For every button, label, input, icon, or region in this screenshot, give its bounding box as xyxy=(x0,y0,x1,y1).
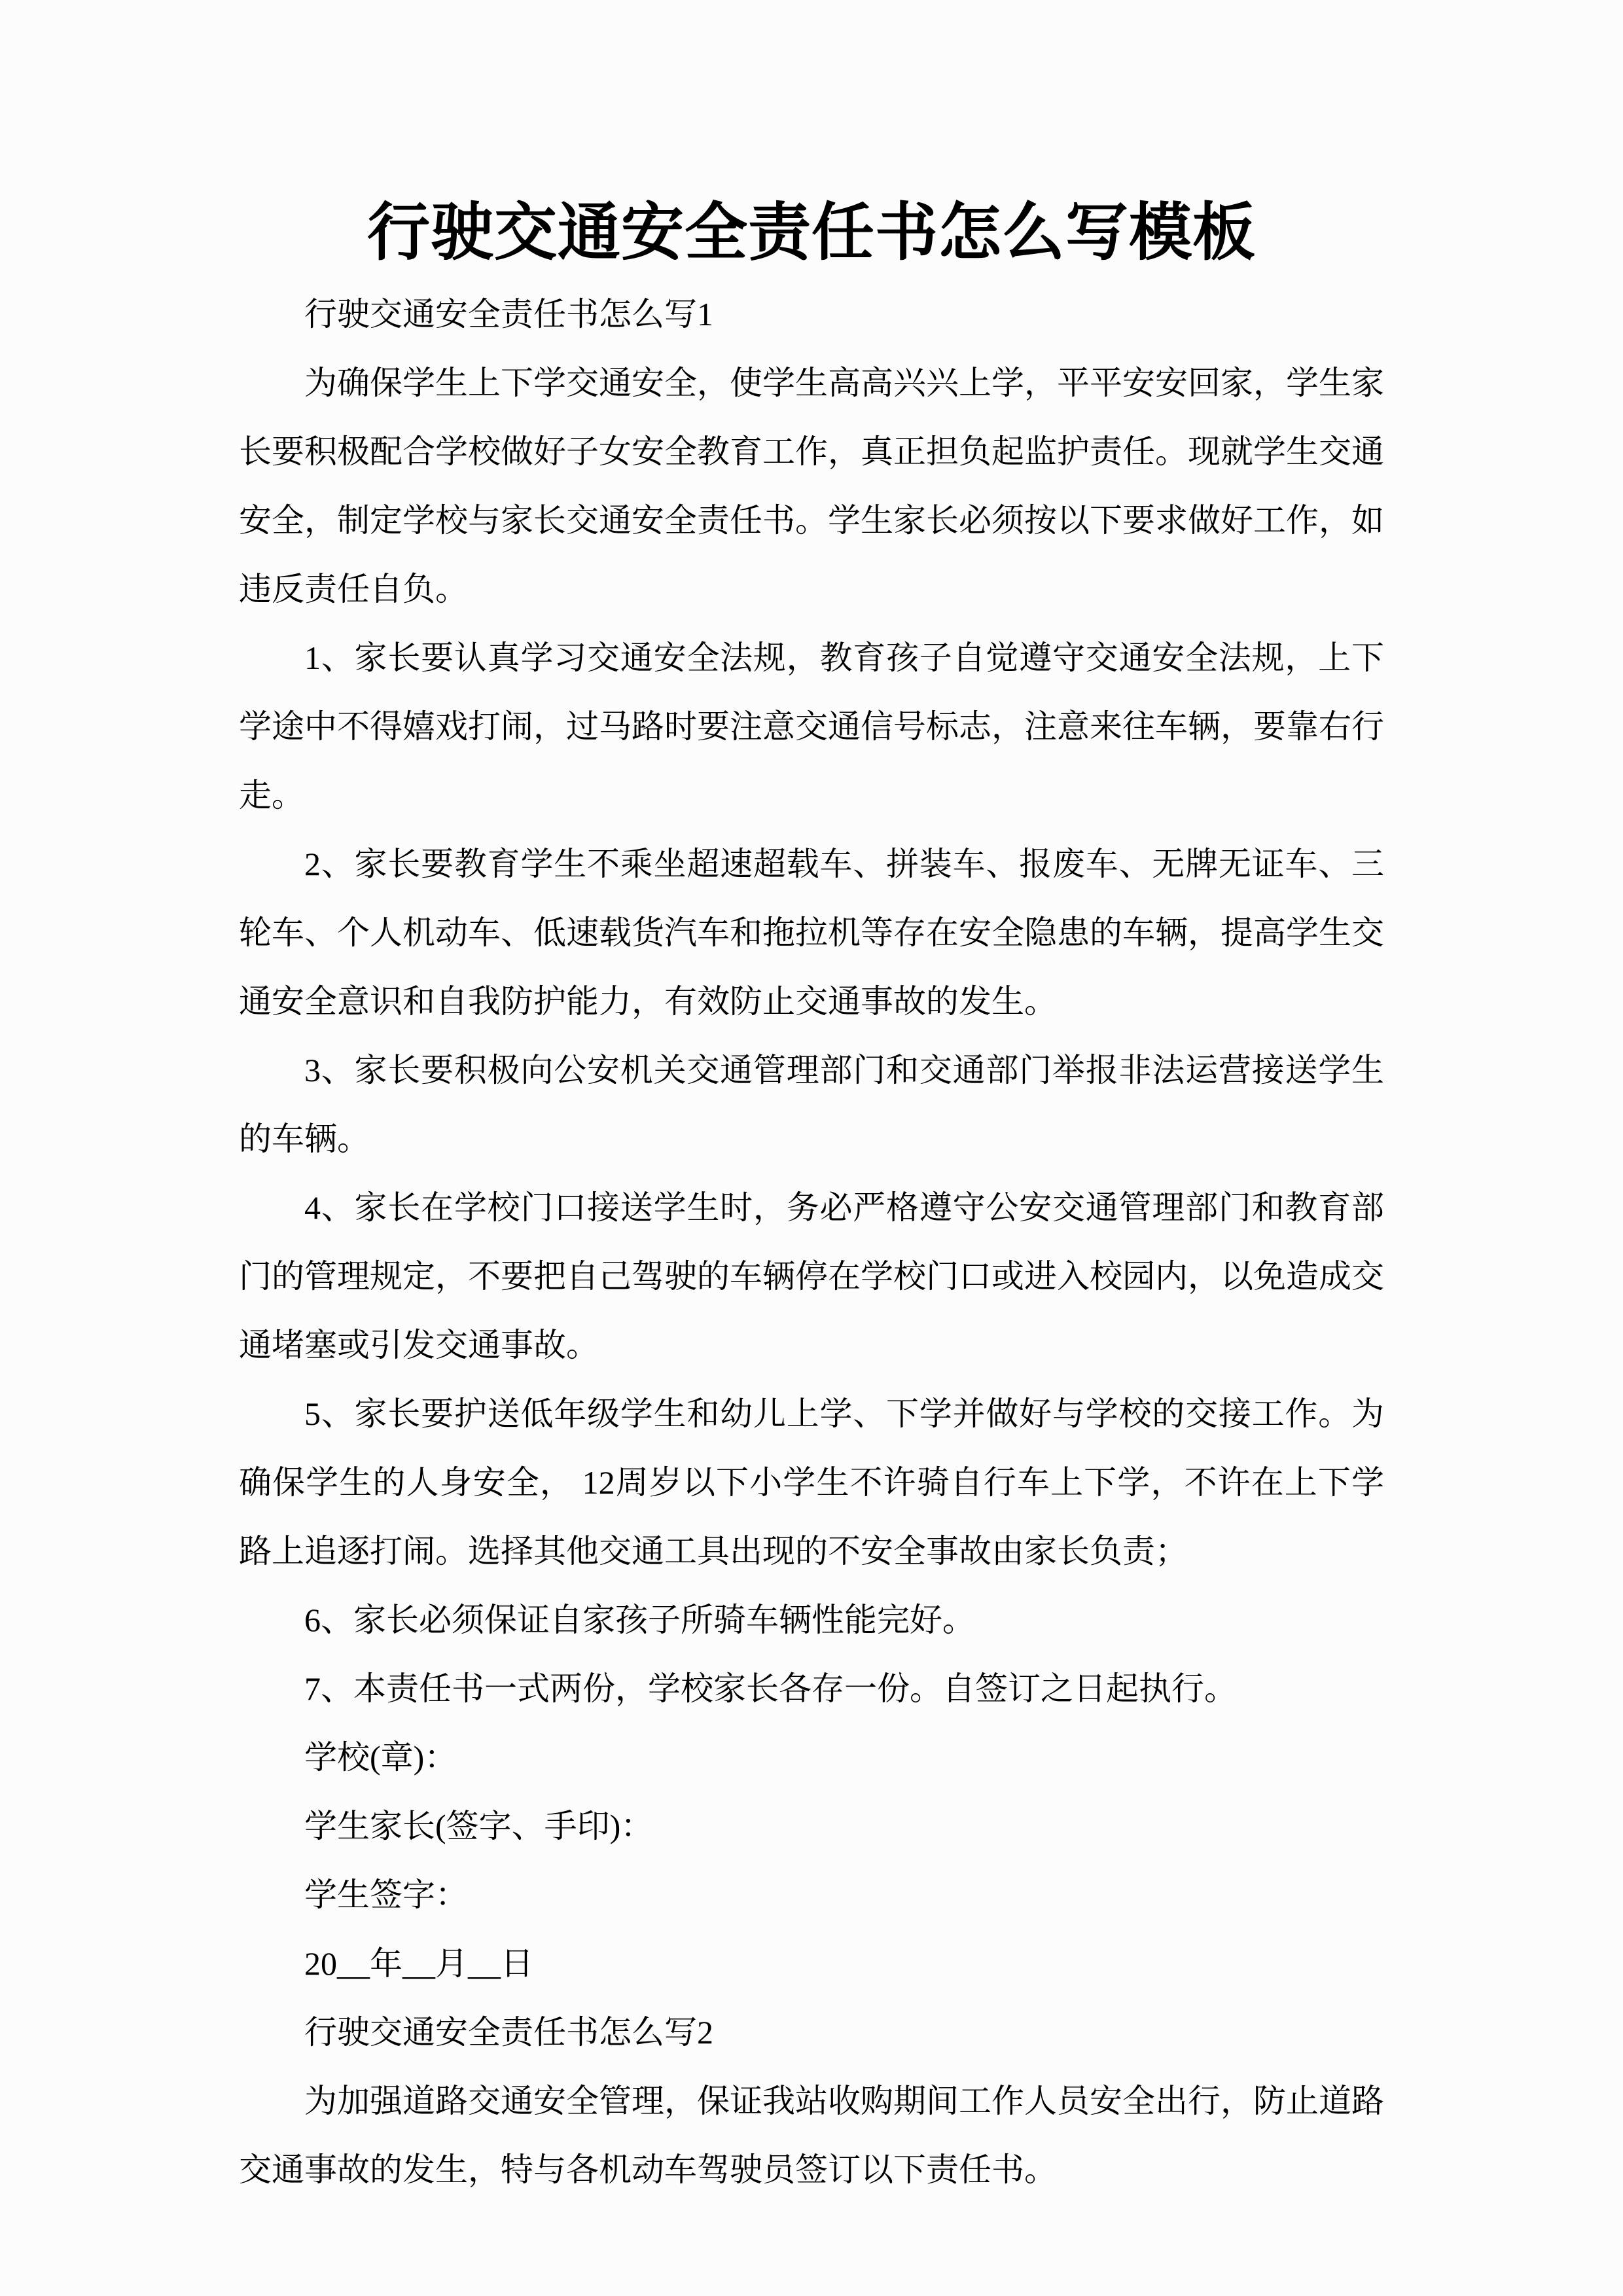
section-1-item-6: 6、家长必须保证自家孩子所骑车辆性能完好。 xyxy=(239,1586,1384,1655)
signature-line-school: 学校(章)： xyxy=(239,1723,1384,1792)
section-1-item-7: 7、本责任书一式两份，学校家长各存一份。自签订之日起执行。 xyxy=(239,1655,1384,1723)
document-page: 行驶交通安全责任书怎么写模板 行驶交通安全责任书怎么写1 为确保学生上下学交通安… xyxy=(0,0,1623,2296)
document-body: 行驶交通安全责任书怎么写1 为确保学生上下学交通安全，使学生高高兴兴上学，平平安… xyxy=(239,280,1384,2204)
section-1-item-2: 2、家长要教育学生不乘坐超速超载车、拼装车、报废车、无牌无证车、三轮车、个人机动… xyxy=(239,830,1384,1036)
section-1-intro-paragraph: 为确保学生上下学交通安全，使学生高高兴兴上学，平平安安回家，学生家长要积极配合学… xyxy=(239,349,1384,624)
section-2-intro-paragraph: 为加强道路交通安全管理，保证我站收购期间工作人员安全出行，防止道路交通事故的发生… xyxy=(239,2067,1384,2204)
section-1-item-1: 1、家长要认真学习交通安全法规，教育孩子自觉遵守交通安全法规，上下学途中不得嬉戏… xyxy=(239,624,1384,830)
section-1-subtitle: 行驶交通安全责任书怎么写1 xyxy=(239,280,1384,349)
section-2-subtitle: 行驶交通安全责任书怎么写2 xyxy=(239,1998,1384,2067)
signature-line-parent: 学生家长(签字、手印)： xyxy=(239,1792,1384,1861)
date-line: 20__年__月__日 xyxy=(239,1929,1384,1998)
section-1-item-5: 5、家长要护送低年级学生和幼儿上学、下学并做好与学校的交接工作。为确保学生的人身… xyxy=(239,1380,1384,1586)
section-1-item-4: 4、家长在学校门口接送学生时，务必严格遵守公安交通管理部门和教育部门的管理规定，… xyxy=(239,1174,1384,1380)
signature-line-student: 学生签字： xyxy=(239,1861,1384,1929)
document-title: 行驶交通安全责任书怎么写模板 xyxy=(239,191,1384,275)
section-1-item-3: 3、家长要积极向公安机关交通管理部门和交通部门举报非法运营接送学生的车辆。 xyxy=(239,1036,1384,1174)
